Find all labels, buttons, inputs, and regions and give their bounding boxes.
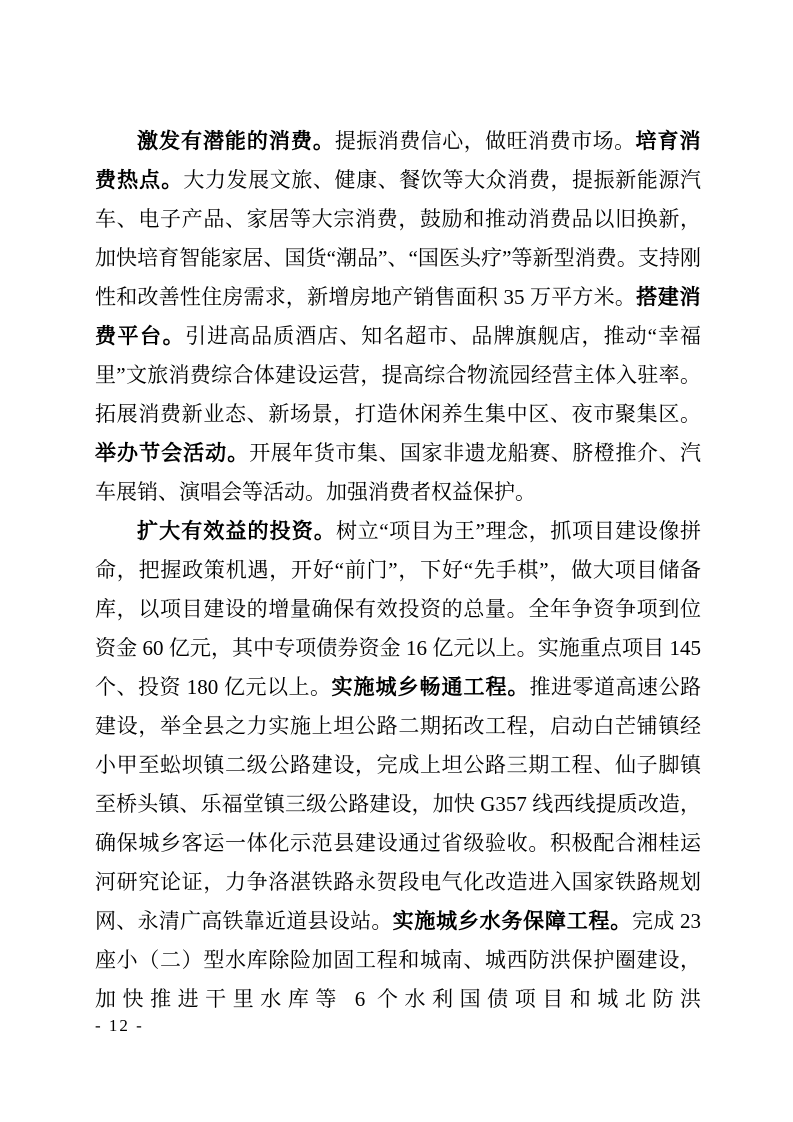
text-run-bold: 实施城乡畅通工程。	[332, 676, 530, 699]
paragraph: 扩大有效益的投资。树立“项目为王”理念，抓项目建设像拼命，把握政策机遇，开好“前…	[95, 512, 701, 1019]
text-run: 推进零道高速公路建设，举全县之力实施上坦公路二期拓改工程，启动白芒铺镇经小甲至蚣…	[95, 675, 701, 933]
page-number: - 12 -	[95, 1016, 144, 1036]
text-run: 引进高品质酒店、知名超市、品牌旗舰店，推动“幸福里”文旅消费综合体建设运营，提高…	[95, 324, 701, 426]
text-run-bold: 举办节会活动。	[95, 442, 249, 465]
text-run-bold: 激发有潜能的消费。	[137, 130, 335, 153]
text-run-bold: 实施城乡水务保障工程。	[393, 910, 632, 933]
document-page: 激发有潜能的消费。提振消费信心，做旺消费市场。培育消费热点。大力发展文旅、健康、…	[0, 0, 793, 1122]
text-run-bold: 扩大有效益的投资。	[137, 520, 336, 543]
document-body: 激发有潜能的消费。提振消费信心，做旺消费市场。培育消费热点。大力发展文旅、健康、…	[95, 122, 701, 1019]
text-run: 提振消费信心，做旺消费市场。	[335, 129, 636, 153]
text-run: 树立“项目为王”理念，抓项目建设像拼命，把握政策机遇，开好“前门”，下好“先手棋…	[95, 519, 701, 699]
text-run: 大力发展文旅、健康、餐饮等大众消费，提振新能源汽车、电子产品、家居等大宗消费，鼓…	[95, 168, 701, 309]
paragraph: 激发有潜能的消费。提振消费信心，做旺消费市场。培育消费热点。大力发展文旅、健康、…	[95, 122, 701, 512]
